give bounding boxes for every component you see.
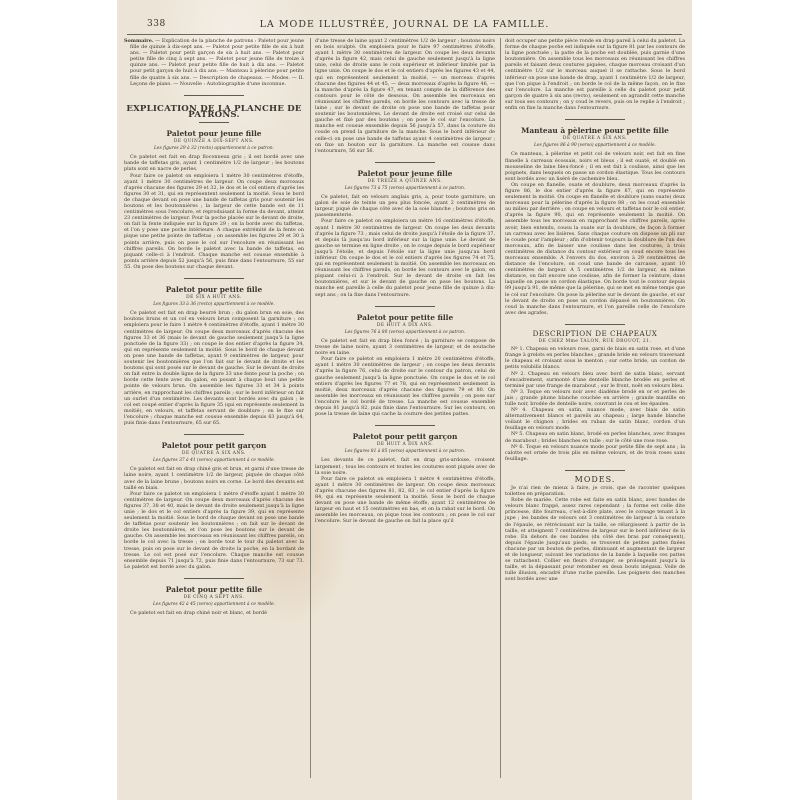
header-rule [127,34,682,35]
chapeau-item: Nº 4. Chapeau en satin, nuance mode, ave… [505,407,685,431]
page-header: 338 LA MODE ILLUSTRÉE, JOURNAL DE LA FAM… [117,19,692,33]
chapeau-item: Nº 6. Toque en velours nuance mode pour … [505,444,685,462]
section-rule [375,425,435,426]
section-paletot-petite-fille-6-8: Paletot pour petite fille DE SIX A HUIT … [124,287,304,426]
section-chapeaux: DESCRIPTION DE CHAPEAUX DE CHEZ Mme TALO… [505,331,685,462]
section-figures: Les figures 86 à 90 (verso) appartiennen… [505,143,685,149]
paragraph: Robe de mariée. Cette robe est faite en … [505,497,685,582]
paragraph: Ce manteau, à pèlerine et petit col de v… [505,151,685,181]
section-figures: Les figures 29 à 32 (recto) appartiennen… [124,146,304,152]
paragraph: Ce paletot est fait en drap chiné noir e… [124,610,304,616]
chapeau-item: Nº 5. Chapeau en satin blanc, brodé en p… [505,431,685,443]
section-age: DE HUIT A DIX ANS. [315,323,495,329]
section-age: DE CINQ A SEPT ANS. [124,595,304,601]
section-title: Paletot pour jeune fille [124,131,304,137]
chapeaux-subtitle: DE CHEZ Mme TALON, RUE DROUOT, 21. [505,339,685,345]
section-paletot-petite-fille-8-10: Paletot pour petite fille DE HUIT A DIX … [315,315,495,418]
section-title: Paletot pour petite fille [124,287,304,293]
section-age: DE HUIT A DIX ANS. [315,442,495,448]
section-rule [184,278,244,279]
section-rule [375,162,435,163]
section-title: Manteau à pèlerine pour petite fille [505,128,685,134]
paragraph: Ce paletot est fait en drap chiné gris e… [124,466,304,490]
section-modes: MODES. Je n'ai rien de mieux à faire, je… [505,477,685,583]
journal-title: LA MODE ILLUSTRÉE, JOURNAL DE LA FAMILLE… [117,19,692,30]
modes-title: MODES. [505,477,685,483]
section-age: DE SIX A HUIT ANS. [124,295,304,301]
section-figures: Les figures 76 à 80 (verso) appartiennen… [315,330,495,336]
section-paletot-jeune-fille-13-15: Paletot pour jeune fille DE TREIZE A QUI… [315,171,495,298]
section-rule [565,470,625,471]
paragraph: Je n'ai rien de mieux à faire, je crois,… [505,485,685,497]
newspaper-page: 338 LA MODE ILLUSTRÉE, JOURNAL DE LA FAM… [117,0,692,800]
paragraph: Ce paletot est fait en drap floconneux g… [124,154,304,172]
section-title: Paletot pour jeune fille [315,171,495,177]
section-title: Paletot pour petit garçon [315,434,495,440]
section-paletot-petit-garcon-8-10: Paletot pour petit garçon DE HUIT A DIX … [315,434,495,524]
paragraph: Pour faire ce paletot on emploiera 1 mèt… [315,356,495,417]
paragraph: Ce paletot est fait en drap beurré brun … [124,310,304,426]
paragraph: Ce paletot, fait en velours anglais gris… [315,194,495,218]
chapeau-item: Nº 1. Chapeau en velours rose, garni de … [505,346,685,370]
section-manteau-pelerine: Manteau à pèlerine pour petite fille DE … [505,128,685,316]
chapeaux-title: DESCRIPTION DE CHAPEAUX [505,331,685,337]
chapeau-item: Nº 2. Chapeau en velours bleu avec bord … [505,371,685,389]
paragraph: Pour faire ce paletot on emploiera 1 mèt… [124,491,304,570]
section-title: Paletot pour petite fille [315,315,495,321]
section-age: DE TREIZE A QUINZE ANS. [315,179,495,185]
column-3: doit occuper une petite pièce ronde en d… [505,38,685,583]
section-paletot-jeune-fille-15-17: Paletot pour jeune fille DE QUINZE A DIX… [124,131,304,270]
section-rule [184,434,244,435]
section-figures: Les figures 33 à 36 (recto) appartiennen… [124,302,304,308]
section-figures: Les figures 42 à 45 (verso) appartiennen… [124,602,304,608]
section-figures: Les figures 81 à 85 (verso) appartiennen… [315,449,495,455]
paragraph: d'une tresse de laine ayant 2 centimètre… [315,38,495,154]
section-paletot-petit-garcon-4-6: Paletot pour petit garçon DE QUATRE A SI… [124,443,304,570]
section-age: DE QUATRE A SIX ANS. [124,451,304,457]
section-rule [375,306,435,307]
summary-text: — Explication de la planche de patrons :… [130,38,304,87]
section-rule [565,119,625,120]
paragraph: Pour faire ce paletot on emploiera un mè… [315,218,495,297]
paragraph: Pour faire ce paletot on emploiera 1 mèt… [315,476,495,525]
section-rule [565,324,625,325]
column-divider [310,38,311,778]
column-divider [500,38,501,778]
section-age: DE QUATRE A SIX ANS. [505,136,685,142]
paragraph: Les devants de ce paletot, fait en drap … [315,457,495,475]
paragraph: On coupe en flanelle, ouate et doublure,… [505,182,685,316]
section-title: Paletot pour petit garçon [124,443,304,449]
paragraph: Ce paletot est fait en drap bleu foncé ;… [315,338,495,356]
paragraph: Pour faire ce paletot on emploiera 1 mèt… [124,173,304,271]
column-1: Sommaire. — Explication de la planche de… [124,38,304,616]
section-title: Paletot pour petite fille [124,587,304,593]
main-heading: EXPLICATION DE LA PLANCHE DE PATRONS. [124,106,304,118]
section-rule [184,95,244,96]
chapeau-item: Nº 3. Toque en velours noir avec diadème… [505,389,685,407]
summary: Sommaire. — Explication de la planche de… [124,38,304,87]
paragraph: doit occuper une petite pièce ronde en d… [505,38,685,111]
section-age: DE QUINZE A DIX-SEPT ANS. [124,139,304,145]
section-rule [184,578,244,579]
section-figures: Les figures 73 à 75 (verso) appartiennen… [315,186,495,192]
section-figures: Les figures 37 à 41 (verso) appartiennen… [124,458,304,464]
section-paletot-petite-fille-5-7: Paletot pour petite fille DE CINQ A SEPT… [124,587,304,616]
section-rule [199,122,229,123]
column-2: d'une tresse de laine ayant 2 centimètre… [315,38,495,524]
